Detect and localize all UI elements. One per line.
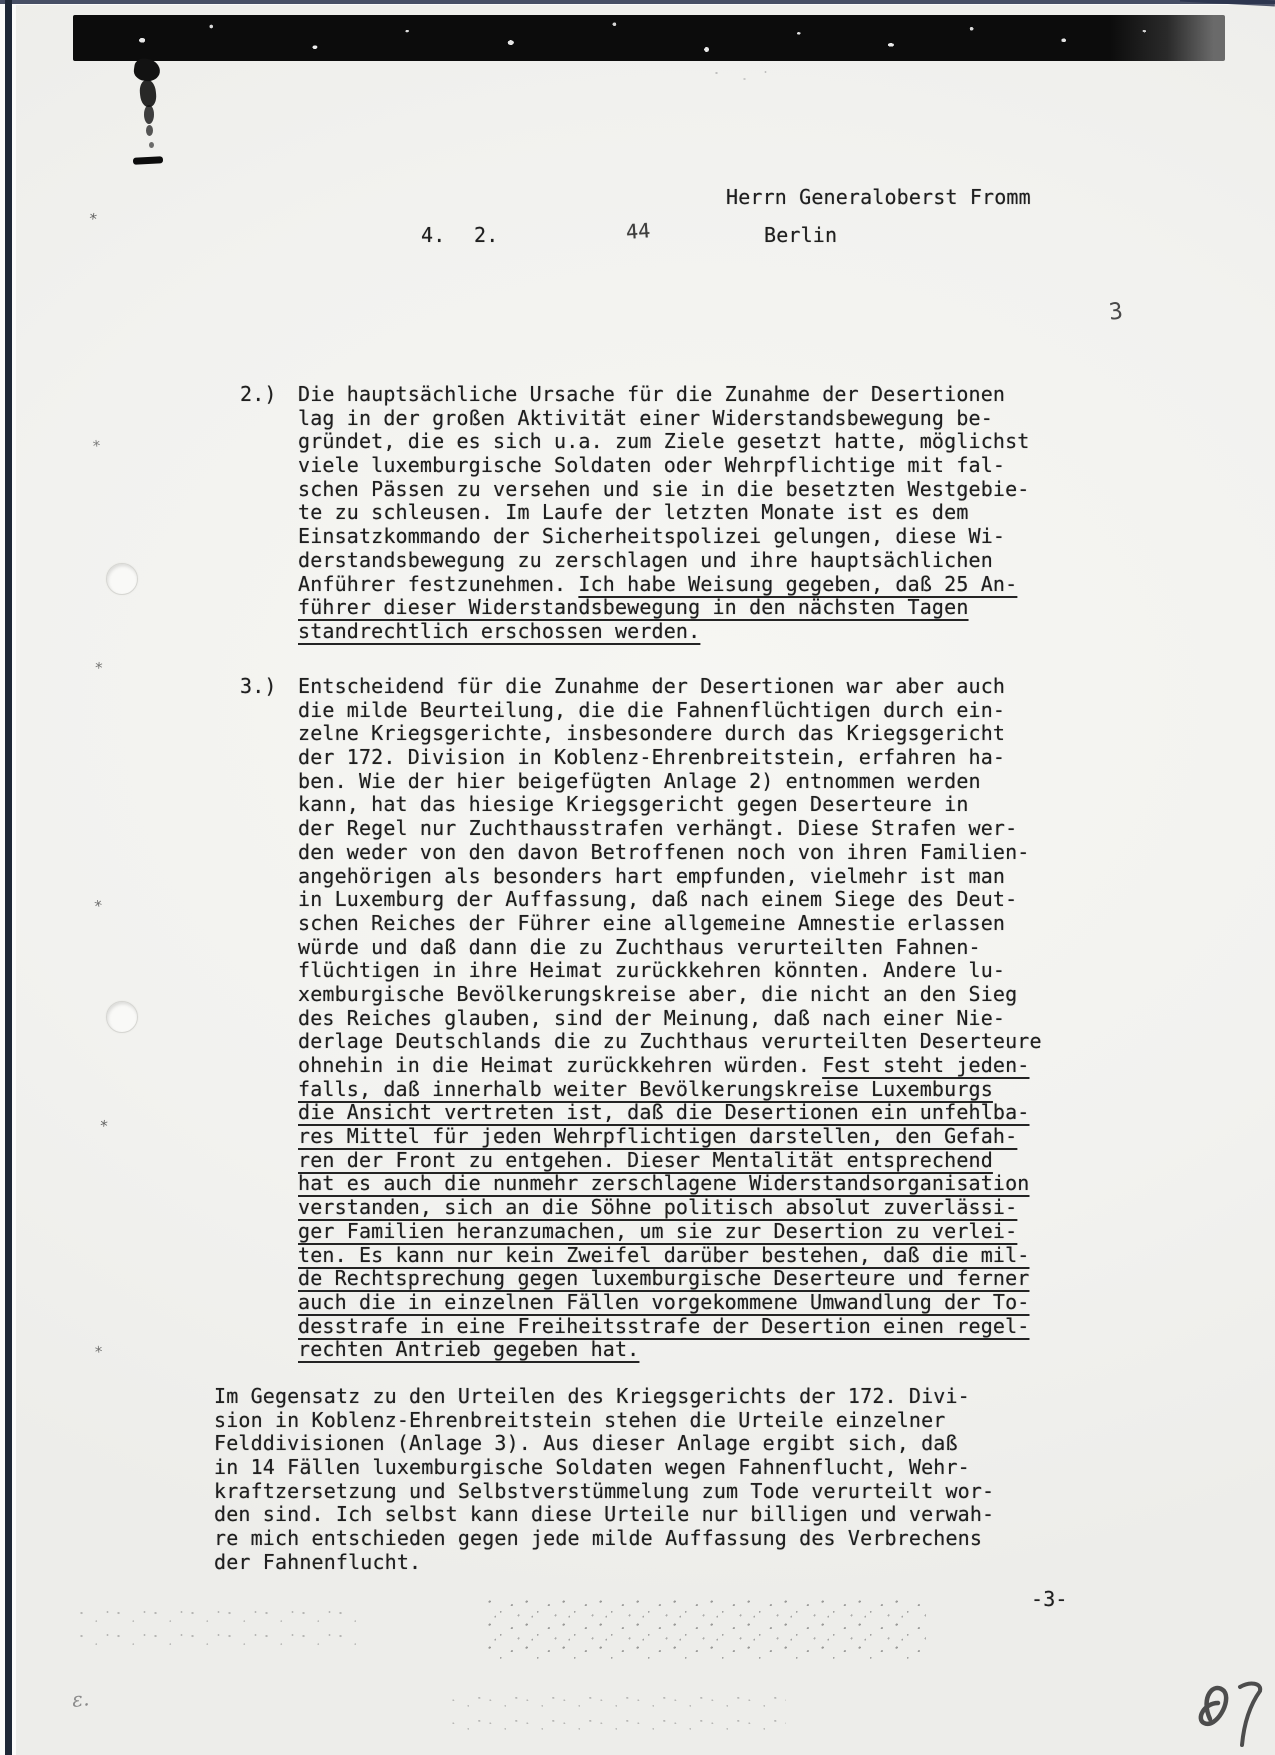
typed-line: falls, daß innerhalb weiter Bevölkerungs… bbox=[298, 1077, 1042, 1101]
handwritten-mark-icon bbox=[1188, 1673, 1274, 1755]
margin-speck-icon: * bbox=[94, 1343, 103, 1362]
typed-line: flüchtigen in ihre Heimat zurückkehren k… bbox=[298, 958, 1042, 982]
paragraph-3: 3.) Entscheidend für die Zunahme der Des… bbox=[240, 674, 1042, 1361]
pencil-note: ε. bbox=[71, 1686, 91, 1712]
typed-line: hat es auch die nunmehr zerschlagene Wid… bbox=[298, 1171, 1042, 1195]
margin-speck-icon: * bbox=[87, 209, 98, 228]
typed-line: der 172. Division in Koblenz-Ehrenbreits… bbox=[298, 745, 1042, 769]
typed-line: ren der Front zu entgehen. Dieser Mental… bbox=[298, 1148, 1042, 1172]
typed-line: ben. Wie der hier beigefügten Anlage 2) … bbox=[298, 769, 1042, 793]
typed-line: die milde Beurteilung, die die Fahnenflü… bbox=[298, 698, 1042, 722]
scan-noise bbox=[446, 1691, 786, 1731]
ink-smudge bbox=[133, 57, 162, 82]
typed-line: des Reiches glauben, sind der Meinung, d… bbox=[298, 1006, 1042, 1030]
typed-line: Entscheidend für die Zunahme der Deserti… bbox=[298, 674, 1042, 698]
typed-line: kraftzersetzung und Selbstverstümmelung … bbox=[214, 1479, 994, 1503]
typed-line: kann, hat das hiesige Kriegsgericht gege… bbox=[298, 792, 1042, 816]
typed-line: Einsatzkommando der Sicherheitspolizei g… bbox=[298, 524, 1029, 548]
recipient-name: Herrn Generaloberst Fromm bbox=[726, 185, 1031, 209]
typed-line: Anführer festzunehmen. Ich habe Weisung … bbox=[298, 572, 1029, 596]
typed-line: xemburgische Bevölkerungskreise aber, di… bbox=[298, 982, 1042, 1006]
typed-line: standrechtlich erschossen werden. bbox=[298, 619, 1029, 643]
paragraph-lines: Die hauptsächliche Ursache für die Zunah… bbox=[298, 382, 1029, 643]
typed-line: rechten Antrieb gegeben hat. bbox=[298, 1337, 1042, 1361]
typed-line: würde und daß dann die zu Zuchthaus veru… bbox=[298, 935, 1042, 959]
typed-line: Im Gegensatz zu den Urteilen des Kriegsg… bbox=[214, 1384, 994, 1408]
typed-line: de Rechtsprechung gegen luxemburgische D… bbox=[298, 1266, 1042, 1290]
typed-line: den sind. Ich selbst kann diese Urteile … bbox=[214, 1502, 994, 1526]
ink-smudge bbox=[139, 79, 158, 108]
ink-dash-mark bbox=[133, 156, 163, 165]
closing-paragraph: Im Gegensatz zu den Urteilen des Kriegsg… bbox=[214, 1384, 994, 1574]
margin-speck-icon: * bbox=[93, 896, 105, 915]
margin-speck-icon: * bbox=[94, 659, 103, 677]
typed-line: zelne Kriegsgerichte, insbesondere durch… bbox=[298, 721, 1042, 745]
scan-noise bbox=[76, 1605, 356, 1651]
hole-punch bbox=[106, 1001, 138, 1033]
typed-line: re mich entschieden gegen jede milde Auf… bbox=[214, 1526, 994, 1550]
typed-line: führer dieser Widerstandsbewegung in den… bbox=[298, 595, 1029, 619]
margin-speck-icon: * bbox=[92, 437, 102, 456]
typed-line: res Mittel für jeden Wehrpflichtigen dar… bbox=[298, 1124, 1042, 1148]
date-day: 4. bbox=[421, 223, 445, 247]
ink-smudge bbox=[149, 142, 154, 148]
page-number-top: 3 bbox=[1108, 298, 1125, 325]
typed-line: schen Reiches der Führer eine allgemeine… bbox=[298, 911, 1042, 935]
paragraph-lines: Im Gegensatz zu den Urteilen des Kriegsg… bbox=[214, 1384, 994, 1574]
typed-line: ger Familien heranzumachen, um sie zur D… bbox=[298, 1219, 1042, 1243]
typed-line: in 14 Fällen luxemburgische Soldaten weg… bbox=[214, 1455, 994, 1479]
margin-speck-icon: * bbox=[99, 1117, 108, 1136]
paragraph-number: 2.) bbox=[240, 382, 298, 643]
typed-line: ohnehin in die Heimat zurückkehren würde… bbox=[298, 1053, 1042, 1077]
scanned-document-page: ****** 4. 2. 44 Herrn Generaloberst From… bbox=[16, 5, 1275, 1755]
ink-smudge bbox=[144, 105, 154, 124]
typed-line: sion in Koblenz-Ehrenbreitstein stehen d… bbox=[214, 1408, 994, 1432]
page-number-bottom: -3- bbox=[1031, 1587, 1068, 1611]
typed-line: gründet, die es sich u.a. zum Ziele gese… bbox=[298, 429, 1029, 453]
typed-line: schen Pässen zu versehen und sie in die … bbox=[298, 477, 1029, 501]
typed-line: der Regel nur Zuchthausstrafen verhängt.… bbox=[298, 816, 1042, 840]
scan-edge-left bbox=[5, 0, 12, 1755]
date-year: 44 bbox=[625, 218, 651, 244]
hole-punch bbox=[106, 563, 138, 595]
typed-line: derstandsbewegung zu zerschlagen und ihr… bbox=[298, 548, 1029, 572]
typed-line: lag in der großen Aktivität einer Widers… bbox=[298, 406, 1029, 430]
recipient-city: Berlin bbox=[764, 223, 837, 247]
typed-line: den weder von den davon Betroffenen noch… bbox=[298, 840, 1042, 864]
typed-line: Die hauptsächliche Ursache für die Zunah… bbox=[298, 382, 1029, 406]
ink-smudge bbox=[146, 125, 153, 136]
typed-line: Felddivisionen (Anlage 3). Aus dieser An… bbox=[214, 1431, 994, 1455]
paragraph-number: 3.) bbox=[240, 674, 298, 1361]
typed-line: in Luxemburg der Auffassung, daß nach ei… bbox=[298, 887, 1042, 911]
typed-line: viele luxemburgische Soldaten oder Wehrp… bbox=[298, 453, 1029, 477]
paragraph-2: 2.) Die hauptsächliche Ursache für die Z… bbox=[240, 382, 1029, 643]
scan-noise bbox=[706, 67, 776, 87]
paragraph-lines: Entscheidend für die Zunahme der Deserti… bbox=[298, 674, 1042, 1361]
typed-line: verstanden, sich an die Söhne politisch … bbox=[298, 1195, 1042, 1219]
date-month: 2. bbox=[474, 223, 498, 247]
typed-line: angehörigen als besonders hart empfunden… bbox=[298, 864, 1042, 888]
typed-line: ten. Es kann nur kein Zweifel darüber be… bbox=[298, 1243, 1042, 1267]
typed-line: der Fahnenflucht. bbox=[214, 1550, 994, 1574]
scan-noise bbox=[486, 1597, 926, 1659]
typed-line: die Ansicht vertreten ist, daß die Deser… bbox=[298, 1100, 1042, 1124]
typed-line: desstrafe in eine Freiheitsstrafe der De… bbox=[298, 1314, 1042, 1338]
redaction-bar bbox=[73, 15, 1225, 61]
typed-line: te zu schleusen. Im Laufe der letzten Mo… bbox=[298, 500, 1029, 524]
typed-line: derlage Deutschlands die zu Zuchthaus ve… bbox=[298, 1029, 1042, 1053]
scan-edge-top bbox=[0, 0, 1275, 4]
typed-line: auch die in einzelnen Fällen vorgekommen… bbox=[298, 1290, 1042, 1314]
